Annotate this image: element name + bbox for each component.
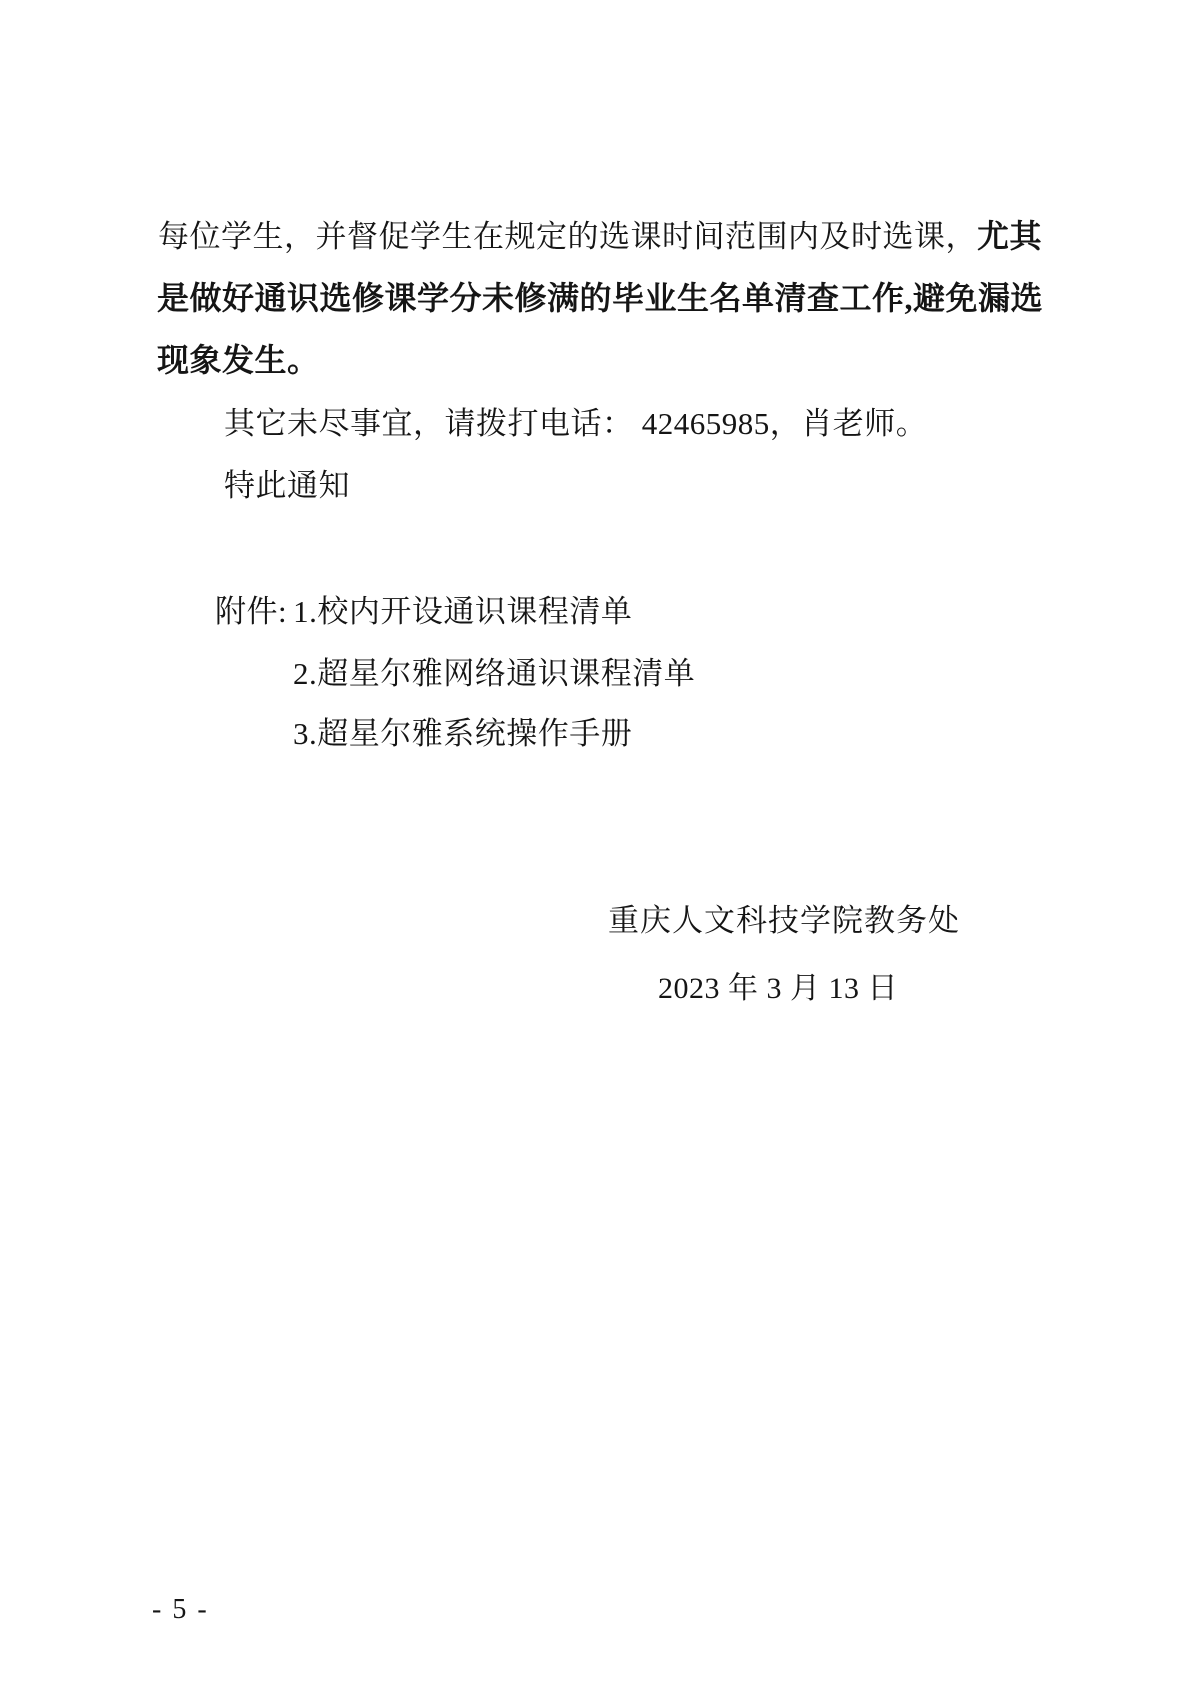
paragraph-line: 每位学生，并督促学生在规定的选课时间范围内及时选课，尤其 — [158, 216, 1042, 257]
paragraph-text-bold: 是做好通识选修课学分未修满的毕业生名单清查工作,避免漏选 — [157, 280, 1043, 316]
attachment-label: 附件: — [215, 594, 287, 629]
contact-text: 其它未尽事宜，请拨打电话： 42465985，肖老师。 — [224, 406, 927, 441]
paragraph-line: 是做好通识选修课学分未修满的毕业生名单清查工作,避免漏选 — [157, 278, 1043, 318]
paragraph-text-bold: 尤其 — [977, 218, 1042, 254]
attachment-line: 附件:1.校内开设通识课程清单 — [215, 592, 632, 632]
attachment-line: 2.超星尔雅网络通识课程清单 — [293, 654, 695, 694]
signature-text: 重庆人文科技学院教务处 — [608, 903, 960, 938]
paragraph-line: 现象发生。 — [157, 340, 320, 380]
date-text: 2023 年 3 月 13 日 — [658, 972, 898, 1005]
attachment-line: 3.超星尔雅系统操作手册 — [293, 714, 632, 754]
page-number-text: - 5 - — [152, 1594, 209, 1625]
attachment-item: 3.超星尔雅系统操作手册 — [293, 716, 632, 751]
page-number: - 5 - — [152, 1590, 209, 1630]
document-page: 每位学生，并督促学生在规定的选课时间范围内及时选课，尤其 是做好通识选修课学分未… — [0, 0, 1191, 1684]
paragraph-text: 每位学生，并督促学生在规定的选课时间范围内及时选课， — [158, 219, 977, 254]
signature-line: 重庆人文科技学院教务处 — [608, 901, 960, 941]
date-line: 2023 年 3 月 13 日 — [658, 969, 898, 1009]
notice-closing-text: 特此通知 — [224, 468, 350, 503]
contact-line: 其它未尽事宜，请拨打电话： 42465985，肖老师。 — [224, 404, 927, 444]
paragraph-text-bold: 现象发生。 — [157, 342, 320, 378]
attachment-item: 2.超星尔雅网络通识课程清单 — [293, 656, 695, 691]
attachment-item: 1.校内开设通识课程清单 — [293, 594, 632, 629]
notice-closing-line: 特此通知 — [224, 466, 350, 506]
